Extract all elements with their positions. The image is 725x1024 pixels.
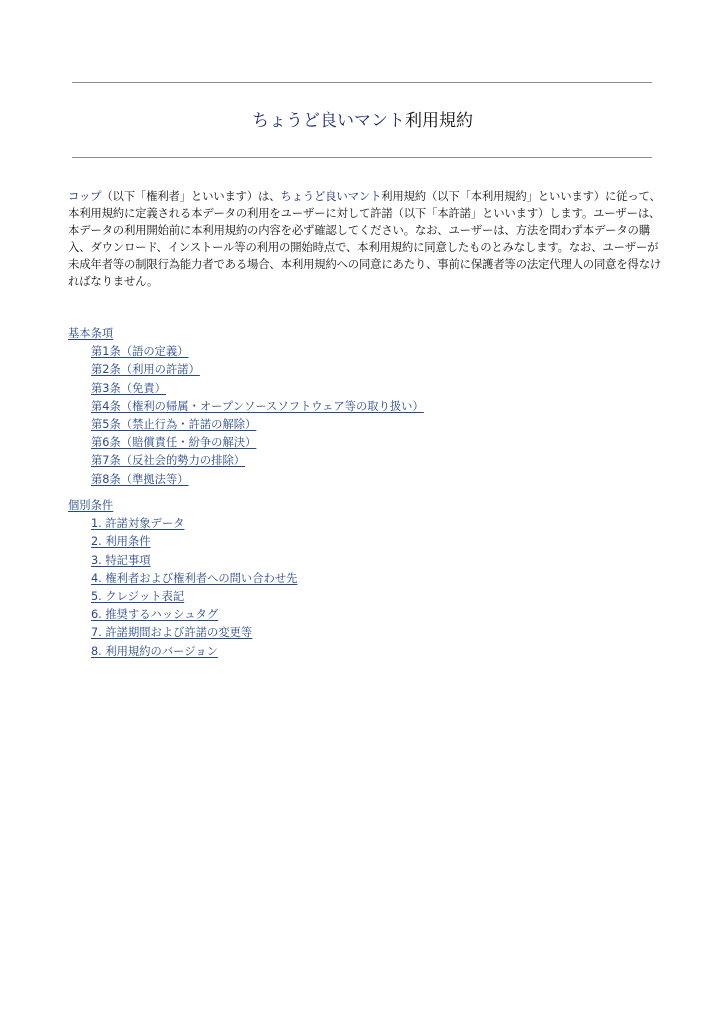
toc-link-article-3[interactable]: 第3条（免責） bbox=[91, 380, 424, 398]
toc-link-article-2[interactable]: 第2条（利用の許諾） bbox=[91, 361, 424, 379]
toc-basic-list: 第1条（語の定義） 第2条（利用の許諾） 第3条（免責） 第4条（権利の帰属・オ… bbox=[68, 343, 424, 489]
title-product-name: ちょうど良いマント bbox=[252, 111, 405, 131]
intro-text-2: 利用規約（以下「本利用規約」といいます）に従って、本利用規約に定義される本データ… bbox=[68, 189, 661, 288]
toc-link-condition-3[interactable]: 3. 特記事項 bbox=[91, 552, 297, 570]
toc-individual-list: 1. 許諾対象データ 2. 利用条件 3. 特記事項 4. 権利者および権利者へ… bbox=[68, 515, 297, 661]
toc-basic-terms: 基本条項 第1条（語の定義） 第2条（利用の許諾） 第3条（免責） 第4条（権利… bbox=[68, 325, 424, 489]
toc-individual-terms: 個別条件 1. 許諾対象データ 2. 利用条件 3. 特記事項 4. 権利者およ… bbox=[68, 497, 297, 661]
toc-link-condition-8[interactable]: 8. 利用規約のバージョン bbox=[91, 643, 297, 661]
toc-link-article-8[interactable]: 第8条（準拠法等） bbox=[91, 471, 424, 489]
page-title: ちょうど良いマント利用規約 bbox=[0, 109, 725, 133]
title-suffix: 利用規約 bbox=[405, 111, 473, 131]
intro-paragraph: コップ（以下「権利者」といいます）は、ちょうど良いマント利用規約（以下「本利用規… bbox=[68, 188, 663, 291]
toc-link-article-7[interactable]: 第7条（反社会的勢力の排除） bbox=[91, 452, 424, 470]
intro-product-name: ちょうど良いマント bbox=[280, 189, 381, 203]
toc-heading-basic-terms[interactable]: 基本条項 bbox=[68, 325, 424, 343]
toc-link-article-4[interactable]: 第4条（権利の帰属・オープンソースソフトウェア等の取り扱い） bbox=[91, 398, 424, 416]
toc-link-condition-5[interactable]: 5. クレジット表記 bbox=[91, 588, 297, 606]
toc-link-condition-1[interactable]: 1. 許諾対象データ bbox=[91, 515, 297, 533]
toc-heading-individual-terms[interactable]: 個別条件 bbox=[68, 497, 297, 515]
licensor-name: コップ bbox=[68, 189, 101, 203]
bottom-divider bbox=[72, 157, 652, 158]
toc-link-condition-7[interactable]: 7. 許諾期間および許諾の変更等 bbox=[91, 624, 297, 642]
top-divider bbox=[72, 82, 652, 83]
toc-link-condition-6[interactable]: 6. 推奨するハッシュタグ bbox=[91, 606, 297, 624]
toc-link-condition-2[interactable]: 2. 利用条件 bbox=[91, 533, 297, 551]
toc-link-article-5[interactable]: 第5条（禁止行為・許諾の解除） bbox=[91, 416, 424, 434]
toc-link-article-6[interactable]: 第6条（賠償責任・紛争の解決） bbox=[91, 434, 424, 452]
toc-link-condition-4[interactable]: 4. 権利者および権利者への問い合わせ先 bbox=[91, 570, 297, 588]
intro-text-1: （以下「権利者」といいます）は、 bbox=[101, 189, 280, 203]
toc-link-article-1[interactable]: 第1条（語の定義） bbox=[91, 343, 424, 361]
